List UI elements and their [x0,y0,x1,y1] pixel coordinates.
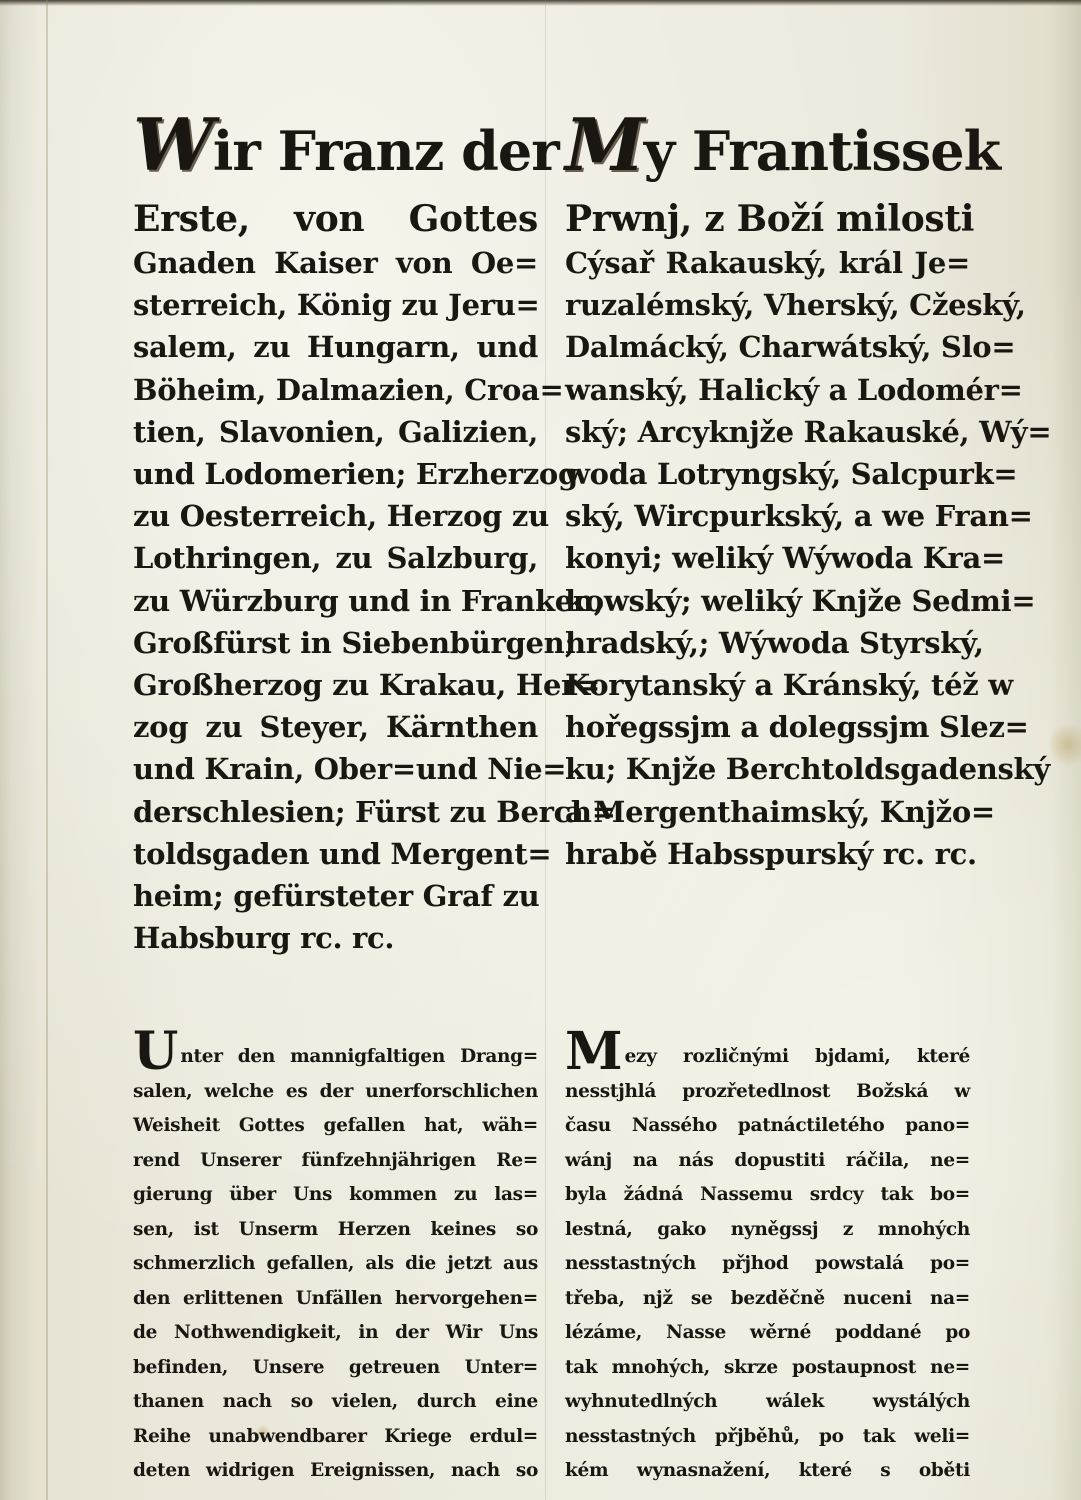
german-title-lines: Erste, von Gottes Gnaden Kaiser von Oe= … [133,196,538,959]
title-line: Böheim, Dalmazien, Croa= [133,369,538,411]
body-line: nesstastných přjběhů, po tak weli= [565,1420,970,1455]
body-line: třeba, njž se bezděčně nuceni na= [565,1282,970,1317]
body-line: tak mnohých, skrze postaupnost ne= [565,1351,970,1386]
czech-heading-text: y Frantissek [644,119,1000,183]
title-line: Habsburg rc. rc. [133,917,538,959]
german-heading-text: ir Franz der [213,119,559,183]
body-line: salen, welche es der unerforschlichen [133,1075,538,1110]
body-line: deten widrigen Ereignissen, nach so [133,1454,538,1489]
body-line: nter den mannigfaltigen Drang= [133,1030,538,1075]
body-line: nesstastných přjhod powstalá po= [565,1247,970,1282]
body-line: de Nothwendigkeit, in der Wir Uns [133,1316,538,1351]
title-line: ský; Arcyknjže Rakauské, Wý= [565,411,970,453]
title-line: hořegssjm a dolegssjm Slez= [565,706,970,748]
title-line: und Lodomerien; Erzherzog [133,453,538,495]
title-line: Cýsař Rakauský, král Je= [565,242,970,284]
title-line: ský, Wircpurkský, a we Fran= [565,495,970,537]
title-line: sterreich, König zu Jeru= [133,284,538,326]
title-line: Erste, von Gottes [133,196,538,242]
body-line: Reihe unabwendbarer Kriege erdul= [133,1420,538,1455]
title-line: konyi; weliký Wýwoda Kra= [565,537,970,579]
body-line: Weisheit Gottes gefallen hat, wäh= [133,1109,538,1144]
body-line: schmerzlich gefallen, als die jetzt aus [133,1247,538,1282]
title-line: tien, Slavonien, Galizien, [133,411,538,453]
center-fold-line [545,0,546,1500]
body-line: gierung über Uns kommen zu las= [133,1178,538,1213]
title-line: zog zu Steyer, Kärnthen [133,706,538,748]
body-line: befinden, Unsere getreuen Unter= [133,1351,538,1386]
german-heading: Wir Franz der [133,100,538,196]
title-line: a Mergenthaimský, Knjžo= [565,791,970,833]
title-line: ku; Knjže Berchtoldsgadenský [565,748,970,790]
body-line: wyhnutedlných wálek wystálých [565,1385,970,1420]
margin-fold-line [46,0,48,1500]
title-line: Prwnj, z Boží milosti [565,196,970,242]
title-line: Großfürst in Siebenbürgen; [133,622,538,664]
title-line: ruzalémský, Vherský, Cžeský, [565,284,970,326]
german-title-block: Wir Franz der Erste, von Gottes Gnaden K… [133,100,538,959]
body-line: ezy rozličnými bjdami, které [565,1030,970,1075]
body-line: času Nassého patnáctiletého pano= [565,1109,970,1144]
body-line: sen, ist Unserm Herzen keines so [133,1213,538,1248]
title-line: heim; gefürsteter Graf zu [133,875,538,917]
czech-title-lines: Prwnj, z Boží milosti Cýsař Rakauský, kr… [565,196,970,875]
czech-heading-initial: M [565,102,644,187]
title-line: Großherzog zu Krakau, Her= [133,664,538,706]
page-top-edge [0,0,1081,6]
body-line: thanen nach so vielen, durch eine [133,1385,538,1420]
title-line: Dalmácký, Charwátský, Slo= [565,326,970,368]
german-body-text: U nter den mannigfaltigen Drang= salen, … [133,1030,538,1489]
title-line: hradský,; Wýwoda Styrský, [565,622,970,664]
body-line: lézáme, Nasse wěrné poddané po [565,1316,970,1351]
title-line: Lothringen, zu Salzburg, [133,537,538,579]
body-line: byla žádná Nassemu srdcy tak bo= [565,1178,970,1213]
title-line: und Krain, Ober=und Nie= [133,748,538,790]
title-line: derschlesien; Fürst zu Berch= [133,791,538,833]
title-line: Gnaden Kaiser von Oe= [133,242,538,284]
title-line: hrabě Habsspurský rc. rc. [565,833,970,875]
body-line: lestná, gako nyněgssj z mnohých [565,1213,970,1248]
title-line: kowský; weliký Knjže Sedmi= [565,580,970,622]
body-line: den erlittenen Unfällen hervorgehen= [133,1282,538,1317]
title-line: zu Oesterreich, Herzog zu [133,495,538,537]
title-line: salem, zu Hungarn, und [133,326,538,368]
german-heading-initial: W [133,102,213,187]
czech-heading: My Frantissek [565,100,970,196]
paper-stain [1050,720,1081,770]
title-line: wanský, Halický a Lodomér= [565,369,970,411]
title-line: Korytanský a Kránský, též w [565,664,970,706]
body-line: wánj na nás dopustiti ráčila, ne= [565,1144,970,1179]
czech-title-block: My Frantissek Prwnj, z Boží milosti Cýsa… [565,100,970,875]
title-line: zu Würzburg und in Franken, [133,580,538,622]
body-line: kém wynasnažení, které s oběti [565,1454,970,1489]
body-line: nesstjhlá prozřetedlnost Božská w [565,1075,970,1110]
german-drop-cap: U [133,1030,178,1074]
title-line: woda Lotryngský, Salcpurk= [565,453,970,495]
czech-drop-cap: M [565,1030,623,1074]
body-line: rend Unserer fünfzehnjährigen Re= [133,1144,538,1179]
title-line: toldsgaden und Mergent= [133,833,538,875]
czech-body-text: M ezy rozličnými bjdami, které nesstjhlá… [565,1030,970,1489]
document-page: Wir Franz der Erste, von Gottes Gnaden K… [0,0,1081,1500]
